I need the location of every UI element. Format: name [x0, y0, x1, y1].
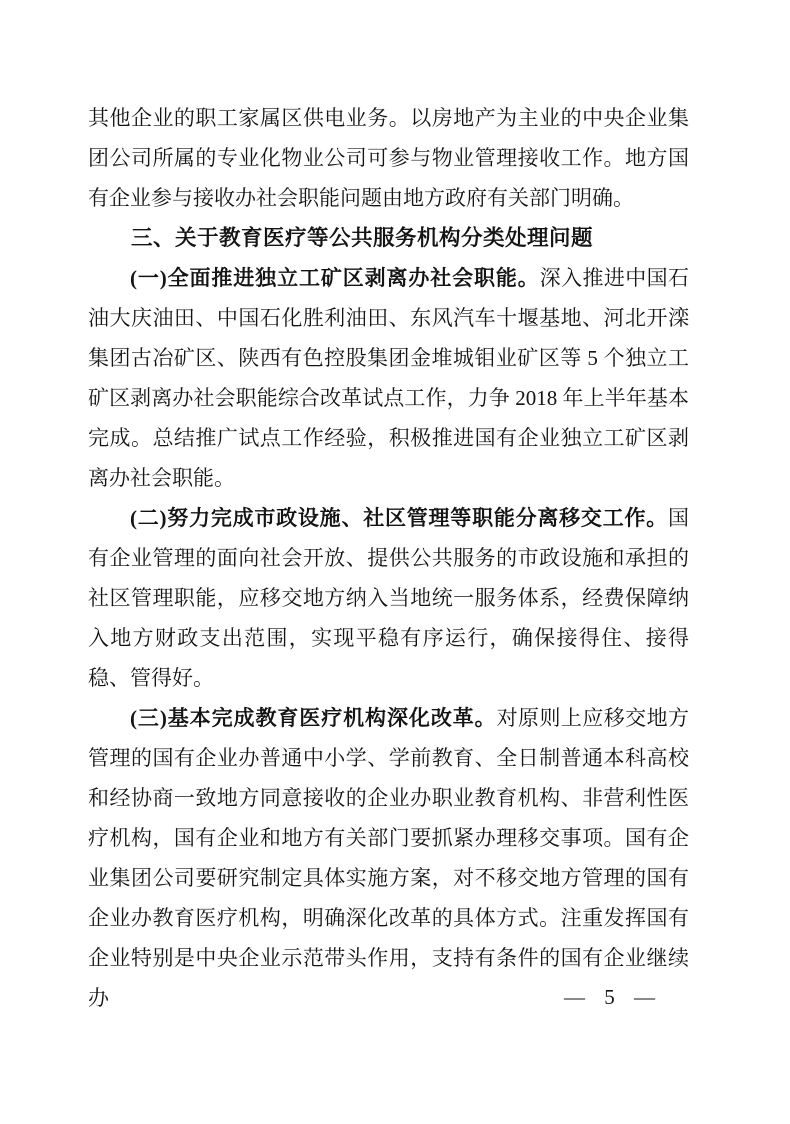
page-number: — 5 —	[564, 983, 662, 1011]
document-body: 其他企业的职工家属区供电业务。以房地产为主业的中央企业集团公司所属的专业化物业公…	[88, 98, 689, 1018]
paragraph-item-1: (一)全面推进独立工矿区剥离办社会职能。深入推进中国石油大庆油田、中国石化胜利油…	[88, 258, 689, 498]
section-heading: 三、关于教育医疗等公共服务机构分类处理问题	[88, 218, 689, 258]
item-3-lead: (三)基本完成教育医疗机构深化改革。	[130, 706, 497, 730]
item-2-lead: (二)努力完成市政设施、社区管理等职能分离移交工作。	[130, 506, 668, 530]
document-page: 其他企业的职工家属区供电业务。以房地产为主业的中央企业集团公司所属的专业化物业公…	[0, 0, 790, 1124]
item-3-body: 对原则上应移交地方管理的国有企业办普通中小学、学前教育、全日制普通本科高校和经协…	[88, 706, 689, 1010]
paragraph-item-2: (二)努力完成市政设施、社区管理等职能分离移交工作。国有企业管理的面向社会开放、…	[88, 498, 689, 698]
paragraph-continuation: 其他企业的职工家属区供电业务。以房地产为主业的中央企业集团公司所属的专业化物业公…	[88, 98, 689, 218]
item-1-lead: (一)全面推进独立工矿区剥离办社会职能。	[130, 266, 540, 290]
item-1-body: 深入推进中国石油大庆油田、中国石化胜利油田、东风汽车十堰基地、河北开滦集团古冶矿…	[88, 266, 689, 490]
paragraph-item-3: (三)基本完成教育医疗机构深化改革。对原则上应移交地方管理的国有企业办普通中小学…	[88, 698, 689, 1018]
item-2-body: 国有企业管理的面向社会开放、提供公共服务的市政设施和承担的社区管理职能，应移交地…	[88, 506, 689, 690]
